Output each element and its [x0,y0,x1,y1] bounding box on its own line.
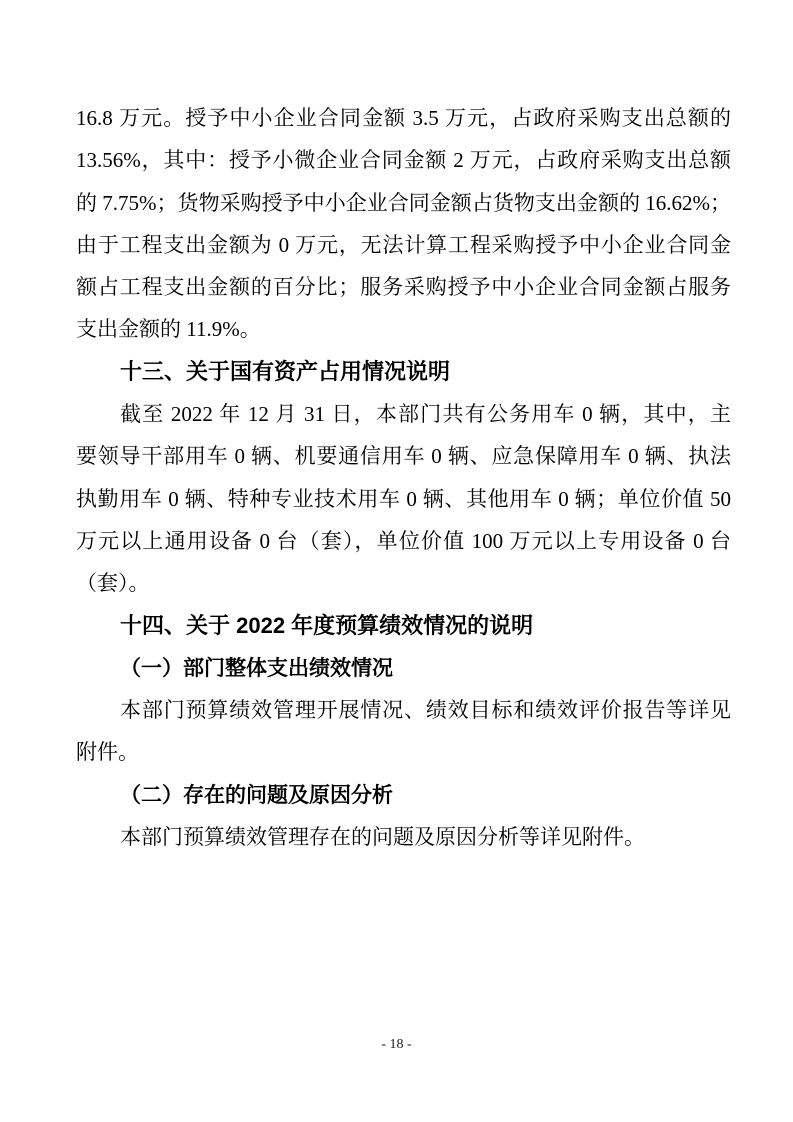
body-line: 执勤用车 0 辆、特种专业技术用车 0 辆、其他用车 0 辆；单位价值 50 [76,478,731,520]
page-footer: - 18 - [0,1034,793,1056]
body-line: 本部门预算绩效管理存在的问题及原因分析等详见附件。 [76,816,731,858]
body-line: 附件。 [76,731,731,773]
body-line: （套）。 [76,562,731,604]
section-14-sub2-heading: （二）存在的问题及原因分析 [76,774,731,816]
section-14-sub1-paragraph: 本部门预算绩效管理开展情况、绩效目标和绩效评价报告等详见 附件。 [76,689,731,774]
page-body: 16.8 万元。授予中小企业合同金额 3.5 万元，占政府采购支出总额的 13.… [76,97,731,858]
section-14-sub1-heading: （一）部门整体支出绩效情况 [76,647,731,689]
body-line: 由于工程支出金额为 0 万元，无法计算工程采购授予中小企业合同金 [76,224,731,266]
document-page: { "document": { "background_color": "#ff… [0,0,793,1122]
section-13-paragraph: 截至 2022 年 12 月 31 日，本部门共有公务用车 0 辆，其中，主 要… [76,393,731,604]
body-line: 万元以上通用设备 0 台（套），单位价值 100 万元以上专用设备 0 台 [76,520,731,562]
body-line: 13.56%，其中：授予小微企业合同金额 2 万元，占政府采购支出总额 [76,139,731,181]
body-line: 的 7.75%；货物采购授予中小企业合同金额占货物支出金额的 16.62%； [76,182,731,224]
body-line: 16.8 万元。授予中小企业合同金额 3.5 万元，占政府采购支出总额的 [76,97,731,139]
body-line: 额占工程支出金额的百分比；服务采购授予中小企业合同金额占服务 [76,266,731,308]
continuation-paragraph: 16.8 万元。授予中小企业合同金额 3.5 万元，占政府采购支出总额的 13.… [76,97,731,351]
page-number: - 18 - [381,1037,411,1052]
body-line: 支出金额的 11.9%。 [76,308,731,350]
body-line: 本部门预算绩效管理开展情况、绩效目标和绩效评价报告等详见 [76,689,731,731]
section-14-heading: 十四、关于 2022 年度预算绩效情况的说明 [76,605,731,647]
body-line: 截至 2022 年 12 月 31 日，本部门共有公务用车 0 辆，其中，主 [76,393,731,435]
body-line: 要领导干部用车 0 辆、机要通信用车 0 辆、应急保障用车 0 辆、执法 [76,435,731,477]
section-13-heading: 十三、关于国有资产占用情况说明 [76,351,731,393]
section-14-sub2-paragraph: 本部门预算绩效管理存在的问题及原因分析等详见附件。 [76,816,731,858]
